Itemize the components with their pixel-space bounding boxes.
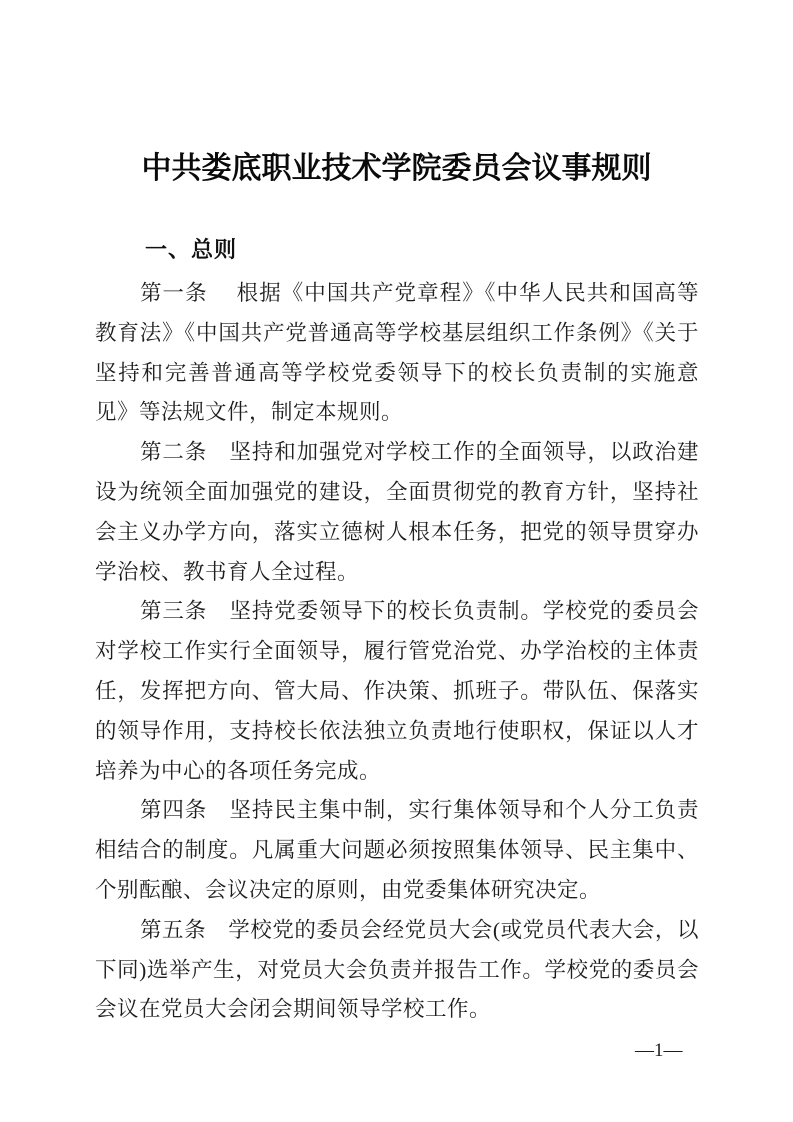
article-paragraph-5: 第五条 学校党的委员会经党员大会(或党员代表大会，以下同)选举产生，对党员大会负… — [95, 911, 699, 1030]
article-paragraph-4: 第四条 坚持民主集中制，实行集体领导和个人分工负责相结合的制度。凡属重大问题必须… — [95, 791, 699, 910]
page-number: —1— — [635, 1040, 683, 1062]
document-title: 中共娄底职业技术学院委员会议事规则 — [0, 149, 793, 189]
document-page: 中共娄底职业技术学院委员会议事规则 一、总则 第一条 根据《中国共产党章程》《中… — [0, 0, 793, 1122]
article-paragraph-3: 第三条 坚持党委领导下的校长负责制。学校党的委员会对学校工作实行全面领导，履行管… — [95, 592, 699, 791]
article-paragraph-1: 第一条 根据《中国共产党章程》《中华人民共和国高等教育法》《中国共产党普通高等学… — [95, 274, 699, 433]
document-body: 第一条 根据《中国共产党章程》《中华人民共和国高等教育法》《中国共产党普通高等学… — [95, 274, 699, 1030]
article-paragraph-2: 第二条 坚持和加强党对学校工作的全面领导，以政治建设为统领全面加强党的建设，全面… — [95, 433, 699, 592]
section-heading: 一、总则 — [145, 237, 237, 263]
